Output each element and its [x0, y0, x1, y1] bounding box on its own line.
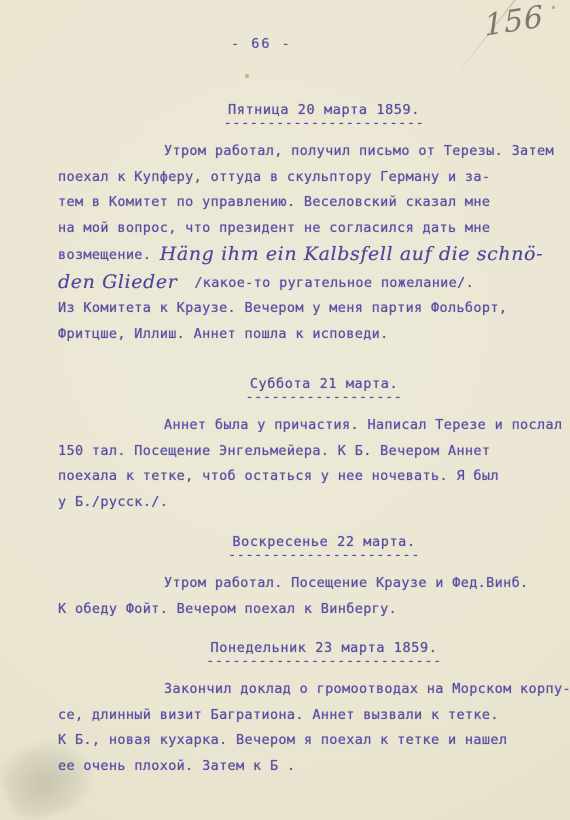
typed-segment: /какое-то ругательное пожелание/.	[177, 275, 474, 291]
typed-segment: у Б./русск./.	[58, 494, 168, 510]
text-line: тем в Комитет по управлению. Веселовский…	[58, 190, 542, 216]
diary-entry: Воскресенье 22 марта.-------------------…	[58, 534, 542, 622]
typed-segment: на мой вопрос, что президент не согласил…	[58, 220, 490, 236]
diary-entry: Пятница 20 марта 1859.------------------…	[58, 102, 542, 347]
diary-entry: Понедельник 23 марта 1859.--------------…	[58, 640, 542, 779]
text-line: у Б./русск./.	[58, 490, 542, 516]
typed-segment: возмещение.	[58, 247, 160, 263]
handwritten-segment: Häng ihm ein Kalbsfell auf die schnö-	[160, 243, 543, 265]
entry-dashed-underline: ---------------------------	[58, 657, 542, 669]
paper-speck	[552, 6, 555, 9]
typed-segment: Аннет была у причастия. Написал Терезе и…	[164, 417, 562, 433]
typed-segment: Фритцше, Иллиш. Аннет пошла к исповеди.	[58, 326, 389, 342]
text-line: den Glieder /какое-то ругательное пожела…	[58, 269, 542, 297]
text-line: Аннет была у причастия. Написал Терезе и…	[58, 413, 542, 439]
text-line: возмещение. Häng ihm ein Kalbsfell auf d…	[58, 241, 542, 269]
typed-segment: поехала к тетке, чтоб остаться у нее ноч…	[58, 468, 499, 484]
typed-segment: се, длинный визит Багратиона. Аннет вызв…	[58, 707, 499, 723]
text-line: Фритцше, Иллиш. Аннет пошла к исповеди.	[58, 322, 542, 348]
typed-segment: поехал к Купферу, оттуда в скульптору Ге…	[58, 169, 490, 185]
typed-segment: ее очень плохой. Затем к Б .	[58, 758, 295, 774]
entry-dashed-underline: -----------------------	[58, 119, 542, 131]
typed-segment: К обеду Фойт. Вечером поехал к Винбергу.	[58, 601, 397, 617]
text-line: се, длинный визит Багратиона. Аннет вызв…	[58, 703, 542, 729]
text-line: Из Комитета к Краузе. Вечером у меня пар…	[58, 296, 542, 322]
text-line: К Б., новая кухарка. Вечером я поехал к …	[58, 728, 542, 754]
text-line: 150 тал. Посещение Энгельмейера. К Б. Ве…	[58, 439, 542, 465]
text-line: ее очень плохой. Затем к Б .	[58, 754, 542, 780]
handwritten-segment: den Glieder	[58, 271, 177, 293]
entry-dashed-underline: ----------------------	[58, 551, 542, 563]
text-line: Утром работал, получил письмо от Терезы.…	[58, 139, 542, 165]
text-line: на мой вопрос, что президент не согласил…	[58, 216, 542, 242]
text-line: Закончил доклад о громоотводах на Морско…	[58, 677, 542, 703]
typed-segment: К Б., новая кухарка. Вечером я поехал к …	[58, 732, 507, 748]
typed-segment: Утром работал, получил письмо от Терезы.…	[164, 143, 554, 159]
scanned-diary-page: 156 - 66 - Пятница 20 марта 1859.-------…	[0, 0, 570, 820]
typed-segment: Из Комитета к Краузе. Вечером у меня пар…	[58, 300, 507, 316]
text-line: поехал к Купферу, оттуда в скульптору Ге…	[58, 165, 542, 191]
diary-entry: Суббота 21 марта.------------------Аннет…	[58, 376, 542, 515]
diary-entries: Пятница 20 марта 1859.------------------…	[58, 0, 542, 779]
typed-segment: тем в Комитет по управлению. Веселовский…	[58, 194, 490, 210]
entry-dashed-underline: ------------------	[58, 393, 542, 405]
text-line: Утром работал. Посещение Краузе и Фед.Ви…	[58, 571, 542, 597]
text-line: К обеду Фойт. Вечером поехал к Винбергу.	[58, 597, 542, 623]
text-line: поехала к тетке, чтоб остаться у нее ноч…	[58, 464, 542, 490]
typed-segment: 150 тал. Посещение Энгельмейера. К Б. Ве…	[58, 443, 490, 459]
typed-segment: Закончил доклад о громоотводах на Морско…	[164, 681, 570, 697]
typed-segment: Утром работал. Посещение Краузе и Фед.Ви…	[164, 575, 529, 591]
